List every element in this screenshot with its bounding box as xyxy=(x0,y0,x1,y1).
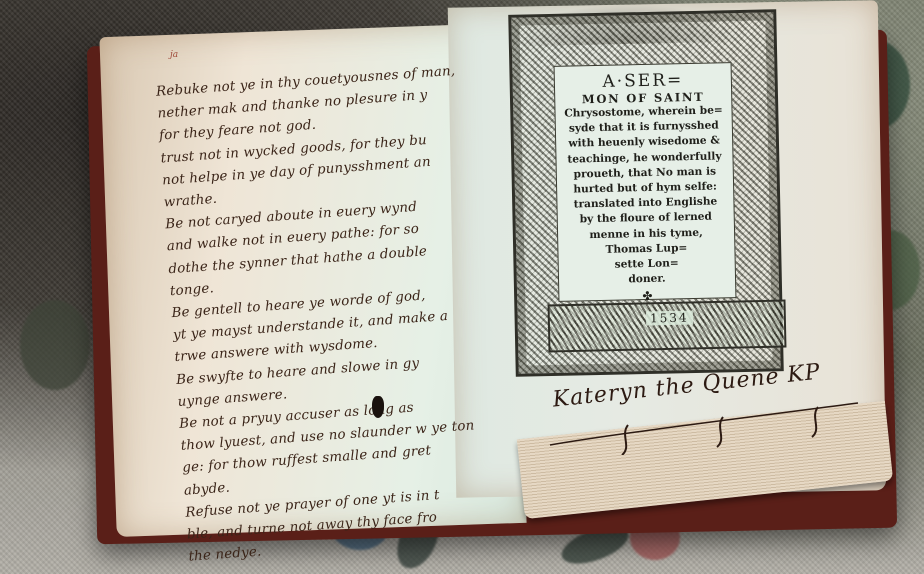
date-cartouche xyxy=(548,300,787,353)
cloth-leaf-motif xyxy=(20,300,90,390)
print-date: 1534 xyxy=(646,311,693,326)
folio-mark: ja xyxy=(170,50,178,60)
ink-blot xyxy=(372,396,384,418)
title-panel: A·SER= MON OF SAINT Chrysostome, wherein… xyxy=(554,62,737,302)
title-body: Chrysostome, wherein be= syde that it is… xyxy=(555,103,735,289)
title-body-line: doner. xyxy=(559,270,735,289)
signature-flourish-icon xyxy=(548,395,868,455)
handwritten-text: Rebuke not ye in thy couetyousnes of man… xyxy=(155,59,508,569)
